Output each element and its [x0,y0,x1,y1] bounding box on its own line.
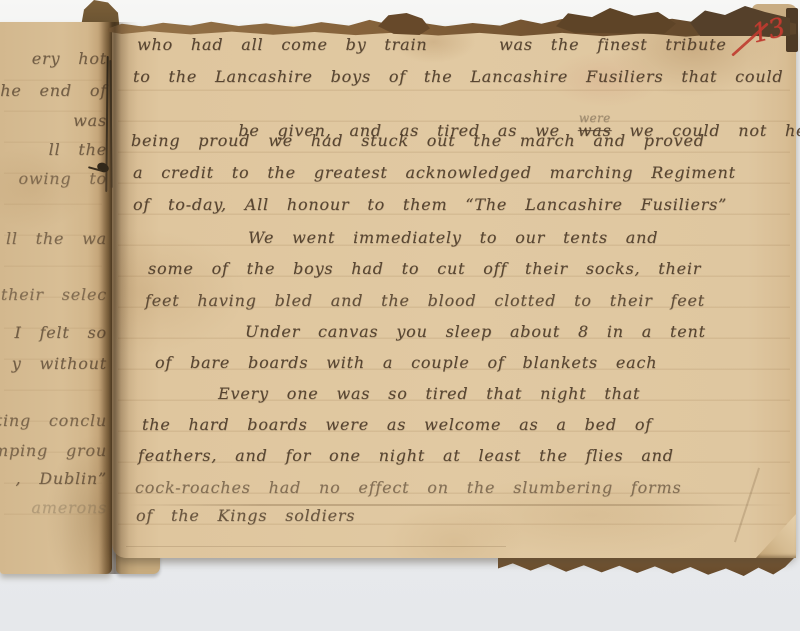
left-page-fragment: , Dublin” [16,468,107,490]
main-page: who had all come by train was the finest… [112,26,796,558]
handwriting-line: the hard boards were as welcome as a bed… [142,414,652,436]
left-page-fragment: amerons [31,497,107,519]
inserted-word: were [579,107,611,129]
handwriting-line: Every one was so tired that night that [218,383,640,405]
handwriting-line: a credit to the greatest acknowledged ma… [133,162,736,184]
notebook-photo: ery hot he end of was ll the owing to ll… [0,0,800,631]
page-number: 13 [749,12,788,49]
handwriting-line: feet having bled and the blood clotted t… [145,290,705,312]
handwriting-line: cock-roaches had no effect on the slumbe… [135,477,682,499]
handwriting-line: of to-day, All honour to them “The Lanca… [133,194,727,216]
handwriting-line: We went immediately to our tents and [248,227,658,249]
left-page-fragment: he end of [0,80,107,102]
handwriting-line: to the Lancashire boys of the Lancashire… [133,66,783,88]
handwriting-line: being proud we had stuck out the march a… [131,130,705,152]
handwriting-line: feathers, and for one night at least the… [138,445,674,467]
left-page: ery hot he end of was ll the owing to ll… [0,22,112,574]
left-page-fragment: ll the [49,139,107,161]
left-page-fragment: ll the wa [6,228,107,250]
tear-chunk [556,8,676,34]
dog-ear-fold [756,514,796,558]
left-page-fragment: ery hot [32,48,107,70]
handwriting-line: who had all come by train was the finest… [137,34,727,56]
left-page-fragment: was [73,110,107,132]
left-page-fragment: ting conclu [0,410,107,432]
left-page-fragment: camping grou [0,440,107,462]
handwriting-line: of the Kings soldiers [136,505,355,527]
handwriting-line: of bare boards with a couple of blankets… [155,352,657,374]
left-page-fragment: I felt so [15,322,107,344]
handwriting-line: Under canvas you sleep about 8 in a tent [245,321,706,343]
left-page-fragment: y without [12,353,107,375]
page-number-mark: 13 [728,16,794,68]
left-page-fragment: owing to [18,168,107,190]
crease-line [734,468,760,543]
crease-line [126,546,506,547]
handwriting-line: some of the boys had to cut off their so… [148,258,701,280]
left-page-fragment: their selec [1,284,107,306]
